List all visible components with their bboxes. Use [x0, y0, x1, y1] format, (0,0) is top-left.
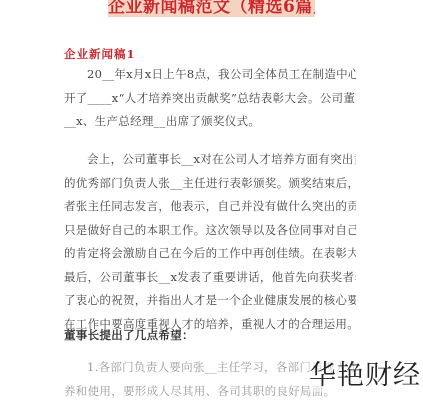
paragraph-3: 董事长提出了几点希望：	[64, 324, 356, 348]
paragraph-line: 开了____x“人才培养突出贡献奖”总结表彰大会。公司董事长	[64, 87, 356, 111]
section-heading: 企业新闻稿1	[64, 46, 136, 62]
paragraph-line: 了衷心的祝贺，并指出人才是一个企业健康发展的核心要素，	[64, 289, 356, 313]
paragraph-line: __x、生产总经理__出席了颁奖仪式。	[64, 110, 356, 134]
paragraph-2: 会上，公司董事长__x对在公司人才培养方面有突出贡献 的优秀部门负责人张__主任…	[64, 148, 356, 336]
paragraph-1: 20__年x月x日上午8点，我公司全体员工在制造中心召 开了____x“人才培养…	[64, 63, 356, 134]
paragraph-line: 20__年x月x日上午8点，我公司全体员工在制造中心召	[64, 63, 356, 87]
watermark: 华艳财经	[309, 353, 421, 392]
paragraph-line: 者张主任同志发言，他表示，自己并没有做什么突出的贡献，	[64, 195, 356, 219]
paragraph-line: 最后，公司董事长__x发表了重要讲话，他首先向获奖者表达	[64, 266, 356, 290]
paragraph-line: 的优秀部门负责人张__主任进行表彰颁奖。颁奖结束后，获奖	[64, 172, 356, 196]
paragraph-line: 的肯定将会激励自己在今后的工作中再创佳绩。在表彰大会的	[64, 242, 356, 266]
paragraph-line: 会上，公司董事长__x对在公司人才培养方面有突出贡献	[64, 148, 356, 172]
paragraph-line: 董事长提出了几点希望：	[64, 324, 356, 348]
paragraph-line: 只是做好自己的本职工作。这次领导以及各位同事对自己工作	[64, 219, 356, 243]
document-title: 企业新闻稿范文（精选6篇）	[108, 0, 315, 17]
